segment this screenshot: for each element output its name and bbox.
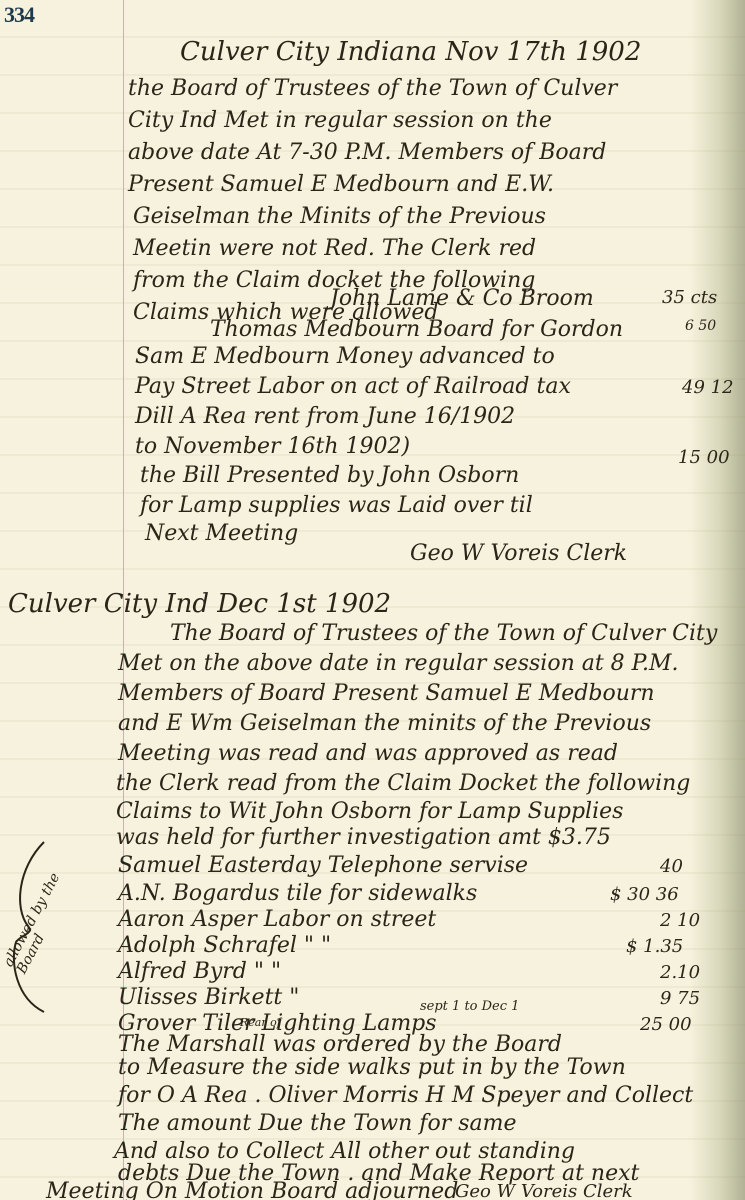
entry2-claim-note: sept 1 to Dec 1 [420,1000,519,1014]
entry2-claim-amount: $ 1.35 [626,936,683,957]
entry1-closing-line: for Lamp supplies was Laid over til [140,492,533,520]
entry2-claim: Samuel Easterday Telephone servise [118,852,528,880]
entry1-claim: Pay Street Labor on act of Railroad tax [135,373,571,401]
entry1-claim-amount: 15 00 [678,447,730,468]
entry1-claim-amount: 6 50 [685,318,716,334]
entry1-claim: to November 16th 1902) [135,433,410,461]
entry1-line: City Ind Met in regular session on the [128,107,552,135]
entry2-claim: Aaron Asper Labor on street [118,906,436,934]
entry2-closing-line: The amount Due the Town for same [118,1110,516,1138]
entry2-claim-amount: 2.10 [660,962,700,983]
entry2-line: The Board of Trustees of the Town of Cul… [170,620,717,648]
entry2-closing-line: for O A Rea . Oliver Morris H M Speyer a… [118,1082,693,1110]
page-number: 334 [4,2,34,28]
entry2-claim-amount: 9 75 [660,988,700,1009]
entry1-claim: Dill A Rea rent from June 16/1902 [135,403,515,431]
entry2-line: was held for further investigation amt $… [116,824,611,852]
entry1-claim-amount: 35 cts [662,287,717,308]
entry1-claim: Sam E Medbourn Money advanced to [135,343,555,371]
entry2-claim-amount: 2 10 [660,910,700,931]
entry2-claim: A.N. Bogardus tile for sidewalks [118,880,477,908]
entry1-closing-line: Next Meeting [145,520,298,548]
entry1-claim-amount: 49 12 [682,377,734,398]
entry2-claim: Adolph Schrafel " " [118,932,331,960]
entry2-signature: Geo W Voreis Clerk [455,1178,633,1200]
entry1-closing-line: the Bill Presented by John Osborn [140,462,519,490]
entry2-line: and E Wm Geiselman the minits of the Pre… [118,710,651,738]
entry2-claim-amount: 40 [660,856,683,877]
entry2-line: Meeting was read and was approved as rea… [118,740,618,768]
entry1-line: Meetin were not Red. The Clerk red [133,235,536,263]
entry2-closing-line: to Measure the side walks put in by the … [118,1054,626,1082]
entry2-line: Met on the above date in regular session… [118,650,679,678]
entry1-line: Geiselman the Minits of the Previous [133,203,546,231]
entry1-line: Present Samuel E Medbourn and E.W. [128,171,554,199]
entry2-line: the Clerk read from the Claim Docket the… [116,770,690,798]
entry1-line: the Board of Trustees of the Town of Cul… [128,75,617,103]
insertion-note: Rear of [240,1016,281,1030]
entry2-line: Claims to Wit John Osborn for Lamp Suppl… [116,798,623,826]
entry2-closing-line: Meeting On Motion Board adjourned [46,1178,458,1200]
entry1-heading: Culver City Indiana Nov 17th 1902 [180,38,641,66]
entry2-line: Members of Board Present Samuel E Medbou… [118,680,655,708]
entry1-line: above date At 7-30 P.M. Members of Board [128,139,606,167]
ledger-page: 334 Culver City Indiana Nov 17th 1902 th… [0,0,745,1200]
entry1-signature: Geo W Voreis Clerk [410,540,627,568]
entry2-claim-amount: 25 00 [640,1014,692,1035]
entry2-claim: Alfred Byrd " " [118,958,281,986]
entry2-claim-amount: $ 30 36 [610,884,679,905]
entry2-heading: Culver City Ind Dec 1st 1902 [8,590,391,618]
entry1-claim: Thomas Medbourn Board for Gordon [210,316,623,344]
entry1-claim: John Lame & Co Broom [330,285,594,313]
entry2-claim: Ulisses Birkett " [118,984,299,1012]
